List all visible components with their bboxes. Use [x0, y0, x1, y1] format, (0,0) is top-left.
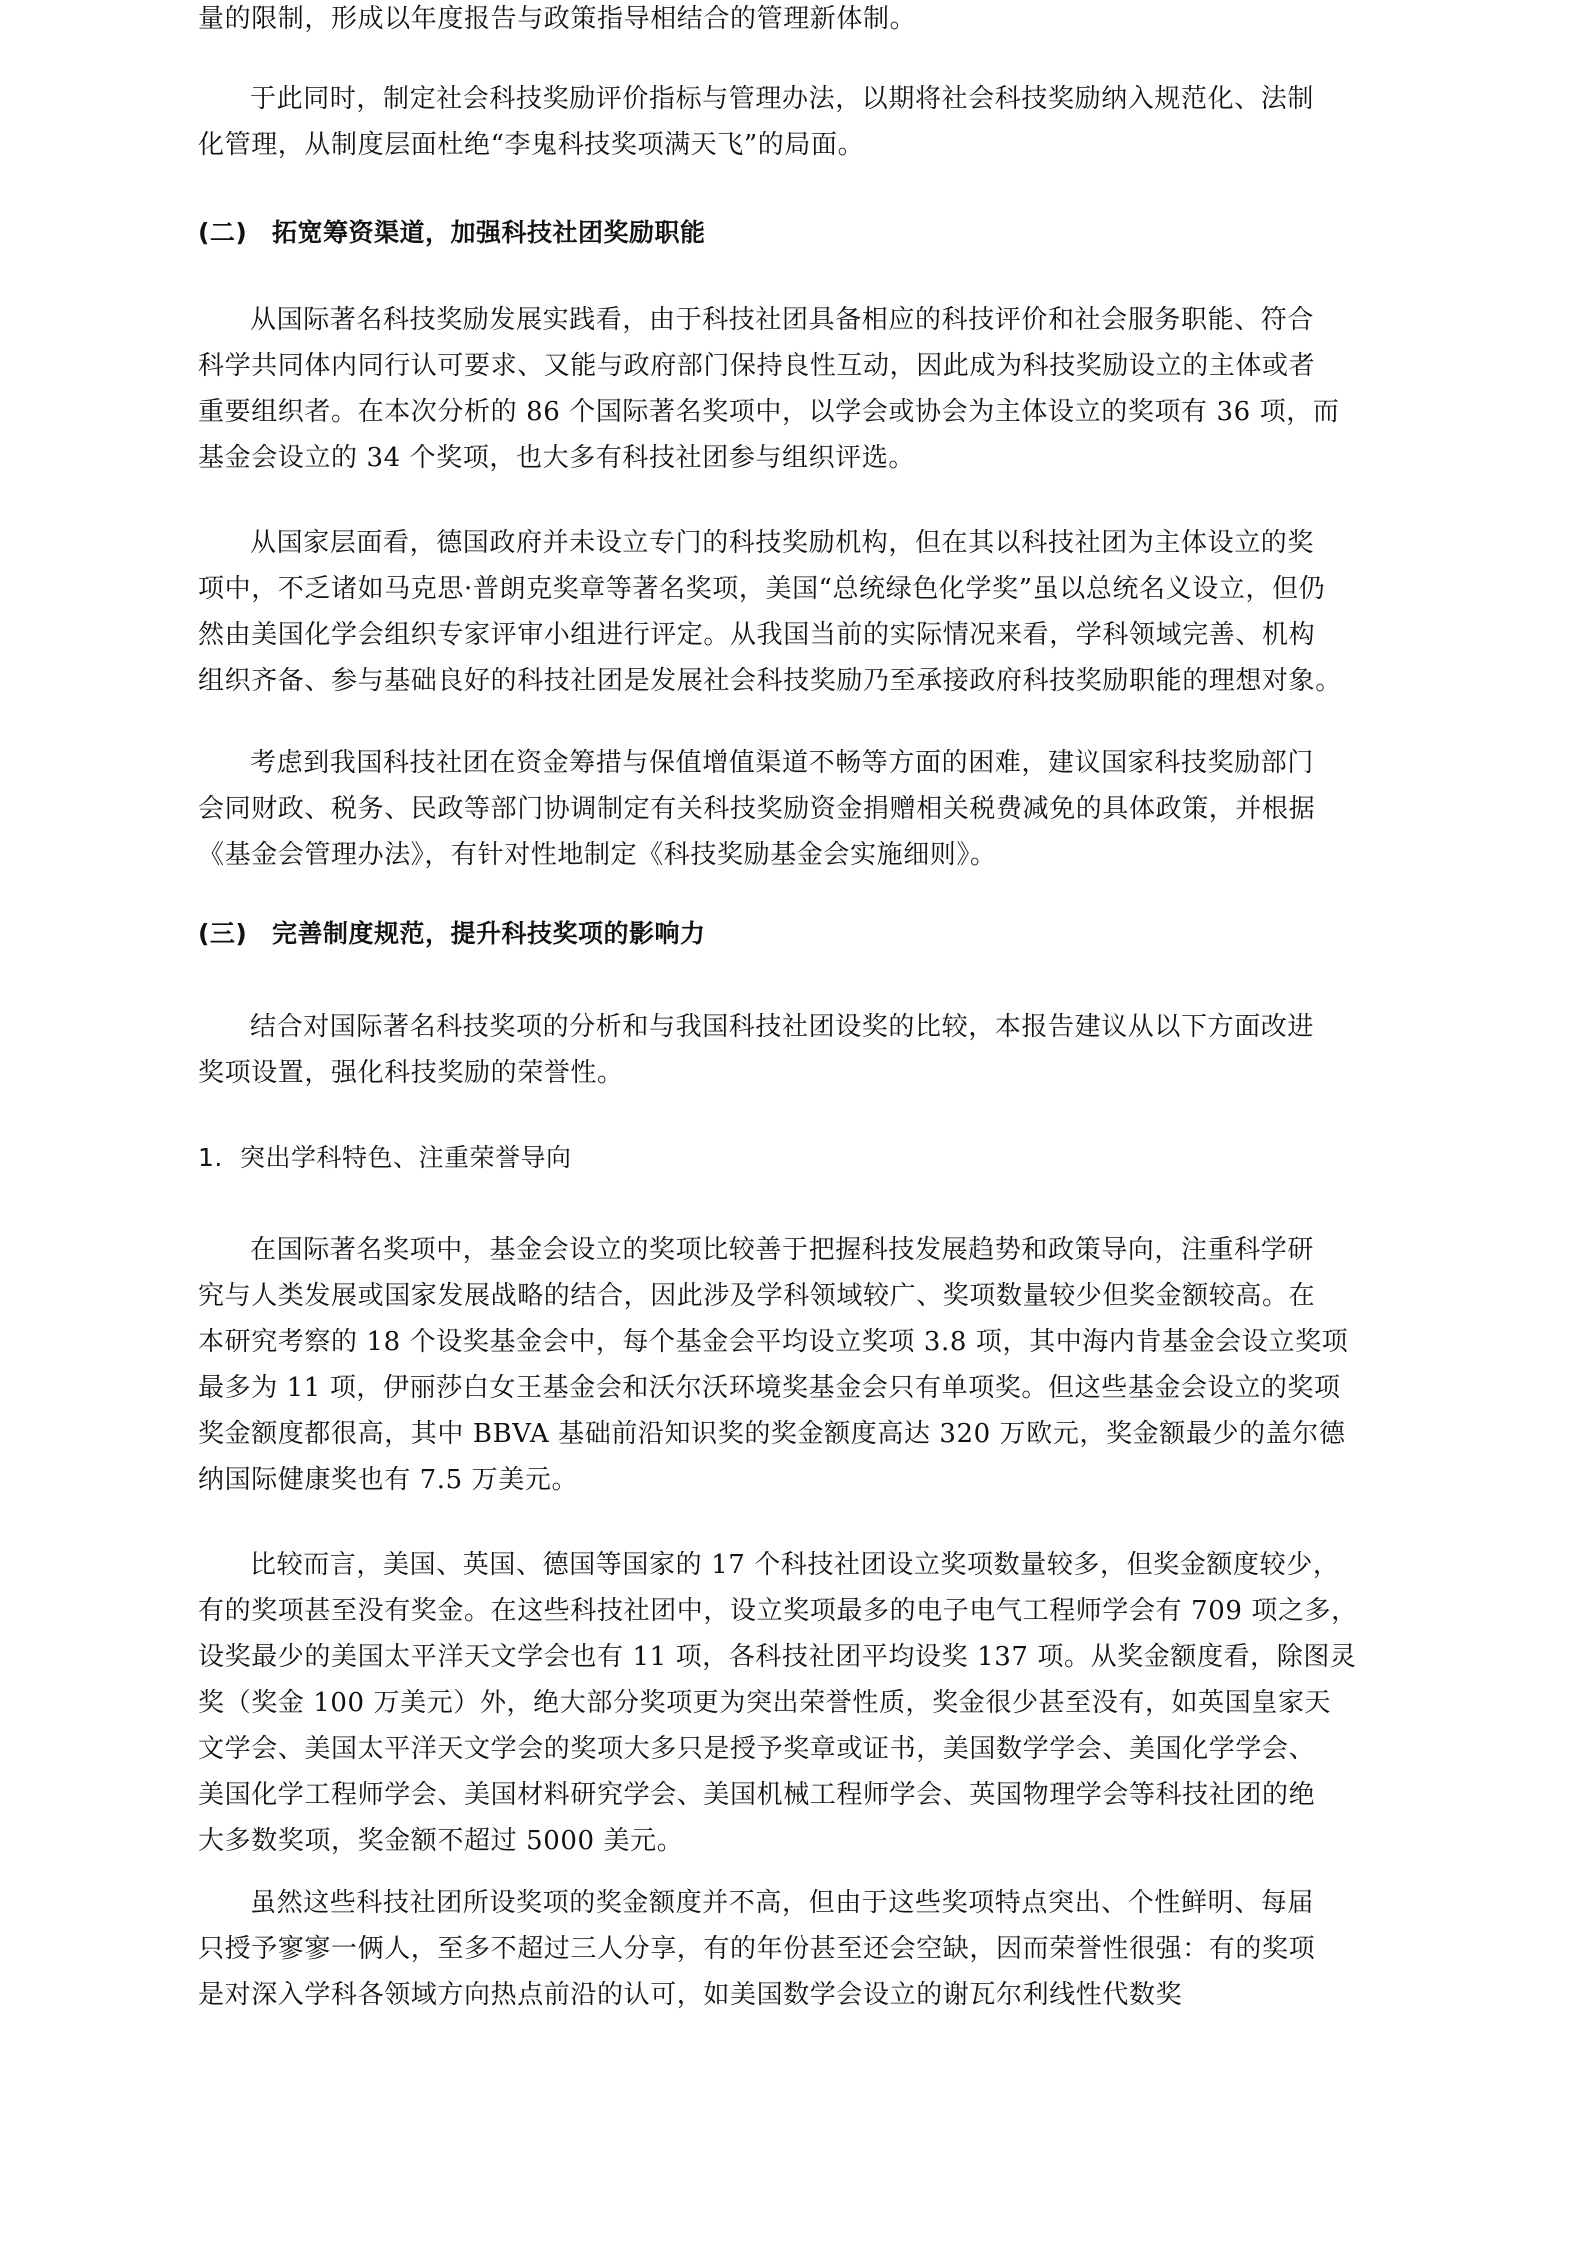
paragraph-line: 虽然这些科技社团所设奖项的奖金额度并不高，但由于这些奖项特点突出、个性鲜明、每届 [250, 1888, 1314, 1918]
section-heading-2: (二)拓宽筹资渠道，加强科技社团奖励职能 [198, 218, 706, 248]
paragraph-line: 只授予寥寥一俩人，至多不超过三人分享，有的年份甚至还会空缺，因而荣誉性很强：有的… [198, 1934, 1315, 1964]
section-title: 完善制度规范，提升科技奖项的影响力 [272, 919, 706, 948]
section-title: 拓宽筹资渠道，加强科技社团奖励职能 [272, 218, 706, 247]
paragraph-line: 有的奖项甚至没有奖金。在这些科技社团中，设立奖项最多的电子电气工程师学会有 70… [198, 1596, 1358, 1626]
paragraph-line: 然由美国化学会组织专家评审小组进行评定。从我国当前的实际情况来看，学科领域完善、… [198, 620, 1315, 650]
paragraph-line: 比较而言，美国、英国、德国等国家的 17 个科技社团设立奖项数量较多，但奖金额度… [250, 1550, 1339, 1580]
paragraph-line: 究与人类发展或国家发展战略的结合，因此涉及学科领域较广、奖项数量较少但奖金额较高… [198, 1281, 1315, 1311]
paragraph-line: 奖金额度都很高，其中 BBVA 基础前沿知识奖的奖金额度高达 320 万欧元，奖… [198, 1419, 1346, 1449]
paragraph-line: 是对深入学科各领域方向热点前沿的认可，如美国数学会设立的谢瓦尔利线性代数奖 [198, 1980, 1182, 2010]
paragraph-line: 从国家层面看，德国政府并未设立专门的科技奖励机构，但在其以科技社团为主体设立的奖 [250, 528, 1314, 558]
paragraph-line: 重要组织者。在本次分析的 86 个国际著名奖项中，以学会或协会为主体设立的奖项有… [198, 397, 1339, 427]
paragraph-line: 会同财政、税务、民政等部门协调制定有关科技奖励资金捐赠相关税费减免的具体政策，并… [198, 794, 1315, 824]
paragraph-line: 考虑到我国科技社团在资金筹措与保值增值渠道不畅等方面的困难，建议国家科技奖励部门 [250, 748, 1314, 778]
section-number: (二) [198, 218, 272, 248]
subsection-number: 1. [198, 1143, 240, 1173]
section-number: (三) [198, 919, 272, 949]
paragraph-line: 纳国际健康奖也有 7.5 万美元。 [198, 1465, 578, 1495]
section-heading-3: (三)完善制度规范，提升科技奖项的影响力 [198, 919, 706, 949]
paragraph-line: 《基金会管理办法》，有针对性地制定《科技奖励基金会实施细则》。 [198, 840, 997, 870]
paragraph-line: 于此同时，制定社会科技奖励评价指标与管理办法，以期将社会科技奖励纳入规范化、法制 [250, 84, 1314, 114]
paragraph-line: 从国际著名科技奖励发展实践看，由于科技社团具备相应的科技评价和社会服务职能、符合 [250, 305, 1314, 335]
paragraph-line: 设奖最少的美国太平洋天文学会也有 11 项，各科技社团平均设奖 137 项。从奖… [198, 1642, 1357, 1672]
paragraph-line: 奖（奖金 100 万美元）外，绝大部分奖项更为突出荣誉性质，奖金很少甚至没有，如… [198, 1688, 1331, 1718]
paragraph-line: 项中，不乏诸如马克思·普朗克奖章等著名奖项，美国“总统绿色化学奖”虽以总统名义设… [198, 574, 1325, 604]
paragraph-line: 化管理，从制度层面杜绝“李鬼科技奖项满天飞”的局面。 [198, 130, 864, 160]
paragraph-line: 科学共同体内同行认可要求、又能与政府部门保持良性互动，因此成为科技奖励设立的主体… [198, 351, 1315, 381]
paragraph-line: 美国化学工程师学会、美国材料研究学会、美国机械工程师学会、英国物理学会等科技社团… [198, 1780, 1315, 1810]
paragraph-line: 组织齐备、参与基础良好的科技社团是发展社会科技奖励乃至承接政府科技奖励职能的理想… [198, 666, 1342, 696]
paragraph-line: 量的限制，形成以年度报告与政策指导相结合的管理新体制。 [198, 4, 916, 34]
paragraph-line: 本研究考察的 18 个设奖基金会中，每个基金会平均设立奖项 3.8 项，其中海内… [198, 1327, 1348, 1357]
paragraph-line: 在国际著名奖项中，基金会设立的奖项比较善于把握科技发展趋势和政策导向，注重科学研 [250, 1235, 1314, 1265]
paragraph-line: 最多为 11 项，伊丽莎白女王基金会和沃尔沃环境奖基金会只有单项奖。但这些基金会… [198, 1373, 1341, 1403]
paragraph-line: 结合对国际著名科技奖项的分析和与我国科技社团设奖的比较，本报告建议从以下方面改进 [250, 1012, 1314, 1042]
paragraph-line: 大多数奖项，奖金额不超过 5000 美元。 [198, 1826, 683, 1856]
paragraph-line: 基金会设立的 34 个奖项，也大多有科技社团参与组织评选。 [198, 443, 915, 473]
paragraph-line: 文学会、美国太平洋天文学会的奖项大多只是授予奖章或证书，美国数学学会、美国化学学… [198, 1734, 1315, 1764]
subsection-title: 突出学科特色、注重荣誉导向 [240, 1143, 572, 1172]
paragraph-line: 奖项设置，强化科技奖励的荣誉性。 [198, 1058, 624, 1088]
subsection-heading-1: 1.突出学科特色、注重荣誉导向 [198, 1143, 572, 1173]
